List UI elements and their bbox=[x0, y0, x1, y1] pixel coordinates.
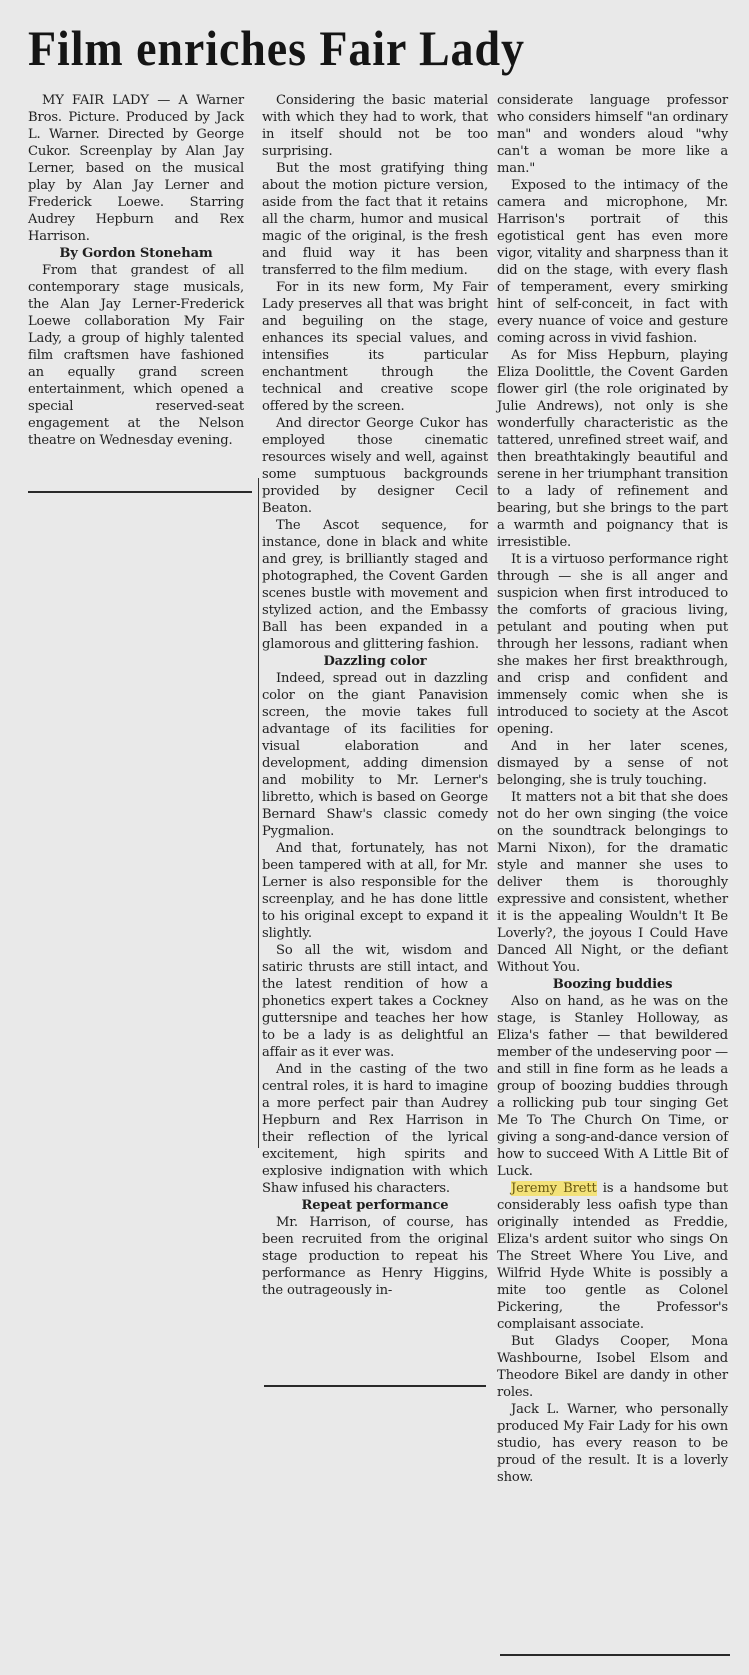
paragraph: The Ascot sequence, for instance, done i… bbox=[262, 517, 488, 653]
paragraph: And that, fortunately, has not been tamp… bbox=[262, 840, 488, 942]
paragraph: Considering the basic material with whic… bbox=[262, 92, 488, 160]
paragraph: Indeed, spread out in dazzling color on … bbox=[262, 670, 488, 840]
paragraph: And in her later scenes, dismayed by a s… bbox=[497, 738, 728, 789]
paragraph: It is a virtuoso performance right throu… bbox=[497, 551, 728, 738]
column-3: considerate language professor who consi… bbox=[497, 92, 728, 1486]
paragraph: From that grandest of all contemporary s… bbox=[28, 262, 244, 449]
paragraph: It matters not a bit that she does not d… bbox=[497, 789, 728, 976]
film-credits: MY FAIR LADY — A Warner Bros. Picture. P… bbox=[28, 92, 244, 245]
paragraph: And director George Cukor has employed t… bbox=[262, 415, 488, 517]
byline: By Gordon Stoneham bbox=[28, 245, 244, 262]
paragraph-text: is a handsome but considerably less oafi… bbox=[497, 1181, 728, 1332]
paragraph: Jack L. Warner, who personally produced … bbox=[497, 1401, 728, 1486]
column-1: MY FAIR LADY — A Warner Bros. Picture. P… bbox=[28, 92, 244, 449]
paragraph: Also on hand, as he was on the stage, is… bbox=[497, 993, 728, 1180]
paragraph: And in the casting of the two central ro… bbox=[262, 1061, 488, 1197]
credits-text: MY FAIR LADY — A Warner Bros. Picture. P… bbox=[28, 92, 244, 245]
paragraph: So all the wit, wisdom and satiric thrus… bbox=[262, 942, 488, 1061]
highlighted-name: Jeremy Brett bbox=[511, 1181, 597, 1196]
paragraph-brett: Jeremy Brett is a handsome but considera… bbox=[497, 1180, 728, 1333]
column-divider-rule bbox=[28, 491, 252, 493]
paragraph: Exposed to the intimacy of the camera an… bbox=[497, 177, 728, 347]
vertical-rule bbox=[258, 478, 259, 1148]
column-divider-rule bbox=[264, 1385, 486, 1387]
article-end-rule bbox=[500, 1654, 730, 1656]
paragraph-continued: considerate language professor who consi… bbox=[497, 92, 728, 177]
headline: Film enriches Fair Lady bbox=[28, 18, 635, 78]
column-2: Considering the basic material with whic… bbox=[262, 92, 488, 1299]
subheading-dazzling-color: Dazzling color bbox=[262, 653, 488, 670]
subheading-boozing-buddies: Boozing buddies bbox=[497, 976, 728, 993]
paragraph: But the most gratifying thing about the … bbox=[262, 160, 488, 279]
paragraph: For in its new form, My Fair Lady preser… bbox=[262, 279, 488, 415]
paragraph: Mr. Harrison, of course, has been recrui… bbox=[262, 1214, 488, 1299]
paragraph: As for Miss Hepburn, playing Eliza Dooli… bbox=[497, 347, 728, 551]
paragraph: But Gladys Cooper, Mona Washbourne, Isob… bbox=[497, 1333, 728, 1401]
subheading-repeat-performance: Repeat performance bbox=[262, 1197, 488, 1214]
